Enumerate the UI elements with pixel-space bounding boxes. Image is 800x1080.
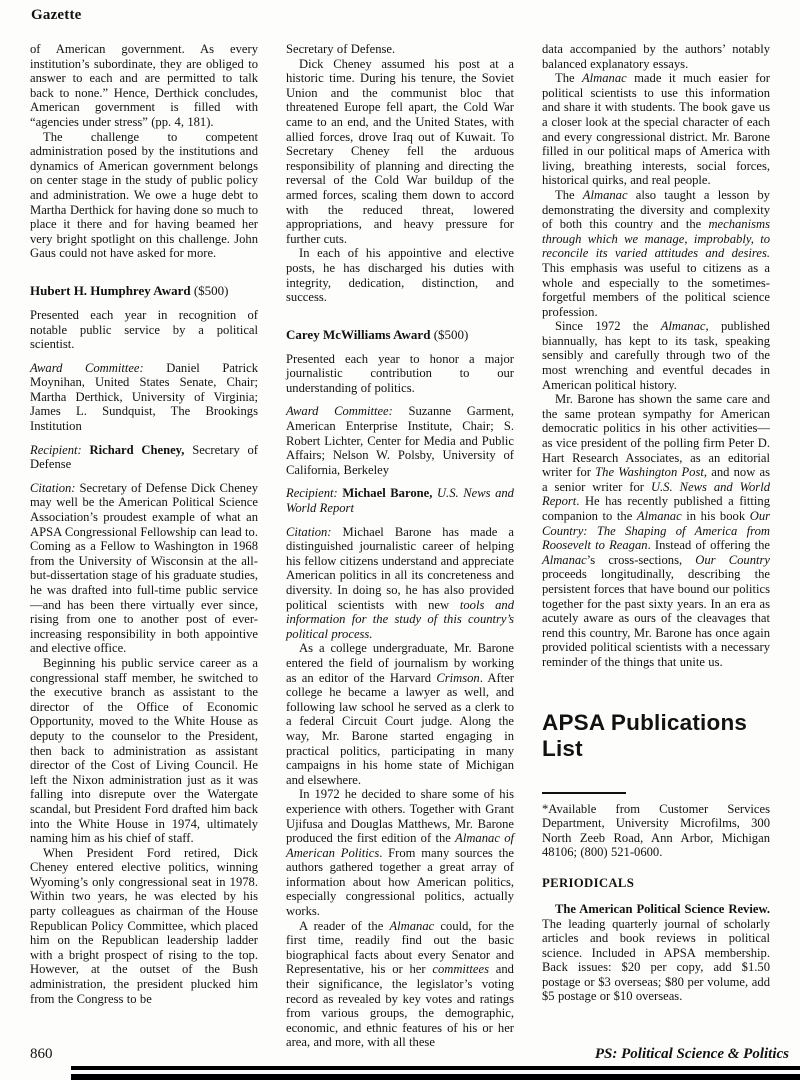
paragraph-almanac-reader: A reader of the Almanac could, for the f… [286, 919, 514, 1050]
mcwilliams-award-committee: Award Committee: Suzanne Garment, Americ… [286, 404, 514, 477]
mcwilliams-award-description: Presented each year to honor a major jou… [286, 352, 514, 396]
humphrey-award-citation: Citation: Secretary of Defense Dick Chen… [30, 481, 258, 656]
paragraph-essays-continuation: data accompanied by the authors’ notably… [542, 42, 770, 71]
bottom-rule-1 [71, 1066, 800, 1070]
columns-container: of American government. As every institu… [30, 42, 770, 1050]
paragraph-cheney-duties: In each of his appointive and elective p… [286, 246, 514, 304]
mcwilliams-award-recipient: Recipient: Michael Barone, U.S. News and… [286, 486, 514, 515]
section-header: Gazette [31, 7, 82, 24]
paragraph-cheney-elective: When President Ford retired, Dick Cheney… [30, 846, 258, 1007]
paragraph-secretary-continuation: Secretary of Defense. [286, 42, 514, 57]
paragraph-almanac-first-edition: In 1972 he decided to share some of his … [286, 787, 514, 918]
paragraph-cheney-career: Beginning his public service career as a… [30, 656, 258, 846]
apsa-publications-list-heading: APSA Publications List [542, 710, 770, 762]
journal-title: PS: Political Science & Politics [595, 1046, 789, 1063]
periodicals-heading: PERIODICALS [542, 876, 770, 891]
mcwilliams-award-heading: Carey McWilliams Award ($500) [286, 327, 514, 342]
paragraph-barone-other-activities: Mr. Barone has shown the same care and t… [542, 392, 770, 669]
paragraph-barone-journalism: As a college undergraduate, Mr. Barone e… [286, 641, 514, 787]
column-2: Secretary of Defense.Dick Cheney assumed… [286, 42, 514, 1050]
humphrey-award-heading: Hubert H. Humphrey Award ($500) [30, 283, 258, 298]
column-3: data accompanied by the authors’ notably… [542, 42, 770, 1050]
bottom-rule-2 [71, 1074, 800, 1080]
humphrey-award-recipient: Recipient: Richard Cheney, Secretary of … [30, 443, 258, 472]
footnote-availability: *Available from Customer Services Depart… [542, 802, 770, 860]
page-number: 860 [30, 1046, 53, 1063]
paragraph-almanac-since-1972: Since 1972 the Almanac, published biannu… [542, 319, 770, 392]
humphrey-award-committee: Award Committee: Daniel Patrick Moynihan… [30, 361, 258, 434]
paragraph-almanac-lesson: The Almanac also taught a lesson by demo… [542, 188, 770, 319]
mcwilliams-award-citation: Citation: Michael Barone has made a dist… [286, 525, 514, 642]
column-1: of American government. As every institu… [30, 42, 258, 1050]
humphrey-award-description: Presented each year in recognition of no… [30, 308, 258, 352]
paragraph-derthick-tribute: The challenge to competent administratio… [30, 130, 258, 261]
journal-page: Gazette of American government. As every… [0, 0, 800, 1080]
paragraph-cheney-tenure: Dick Cheney assumed his post at a histor… [286, 57, 514, 247]
paragraph-almanac-easier: The Almanac made it much easier for poli… [542, 71, 770, 188]
paragraph-apsr-listing: The American Political Science Review. T… [542, 902, 770, 1004]
footnote-rule [542, 792, 626, 794]
paragraph-derthick-continuation: of American government. As every institu… [30, 42, 258, 130]
